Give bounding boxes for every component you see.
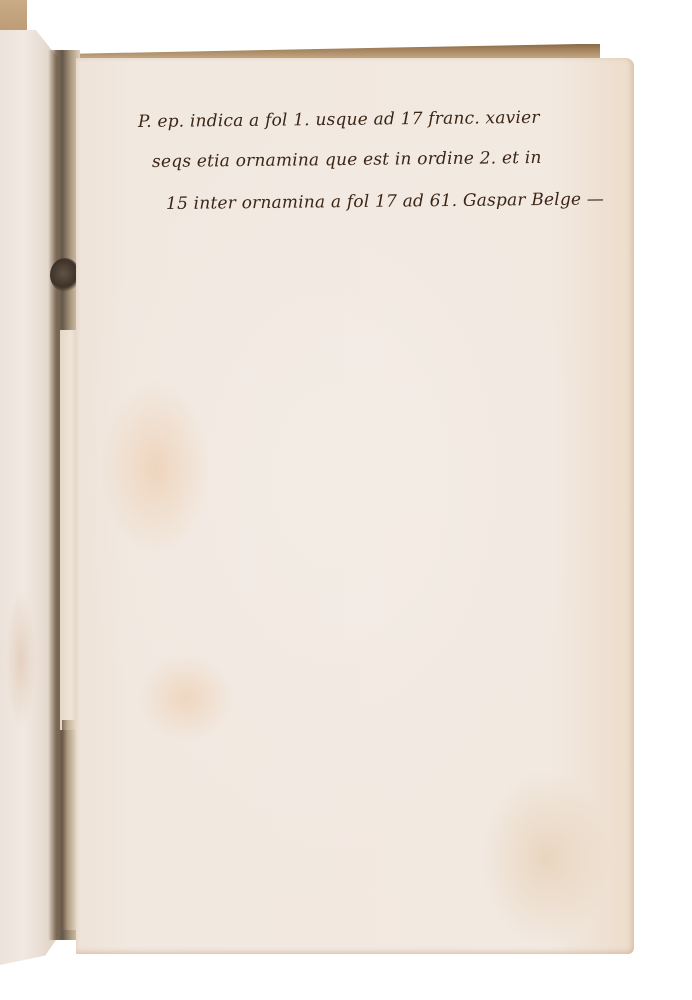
book-photograph: P. ep. indica a fol 1. usque ad 17 franc… (0, 0, 692, 1000)
handwritten-line-1: P. ep. indica a fol 1. usque ad 17 franc… (138, 108, 540, 132)
gutter-lower-damage (62, 720, 76, 930)
handwritten-line-2: seqs etia ornamina que est in ordine 2. … (152, 148, 542, 172)
